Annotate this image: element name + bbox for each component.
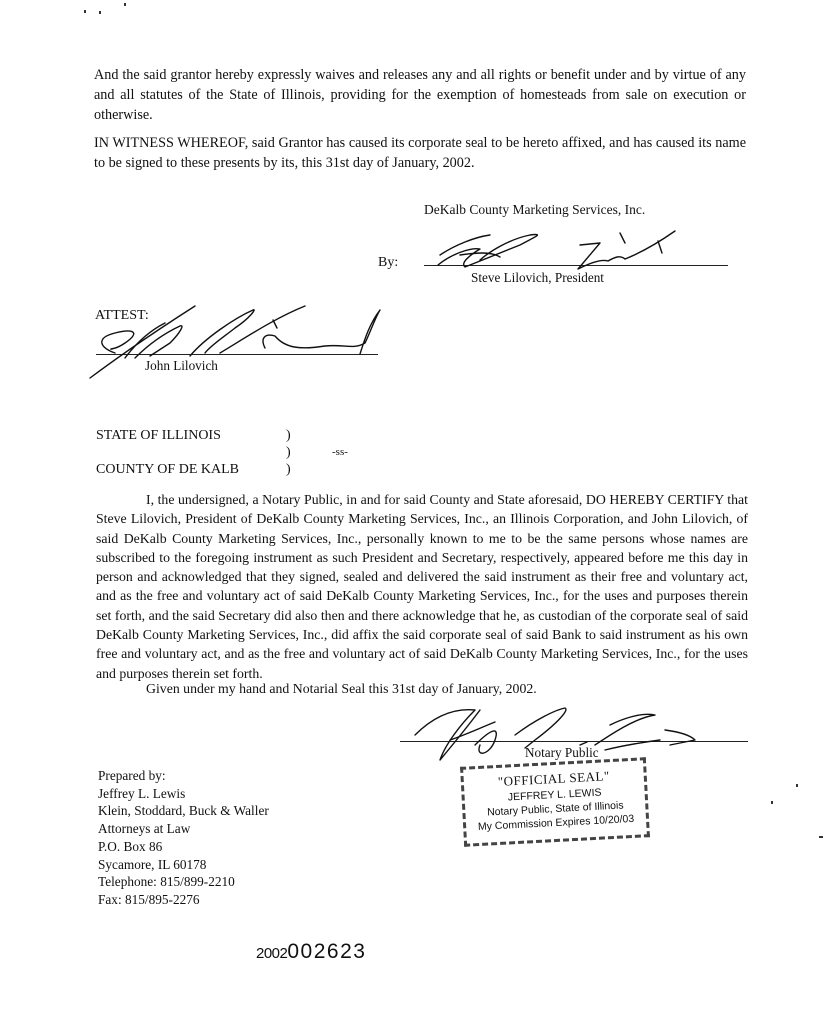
attest-name: John Lilovich bbox=[145, 358, 218, 374]
preparer-firm-type: Attorneys at Law bbox=[98, 820, 269, 838]
notary-public-label: Notary Public bbox=[525, 745, 599, 761]
scan-artifact bbox=[124, 3, 126, 6]
prepared-by-block: Prepared by: Jeffrey L. Lewis Klein, Sto… bbox=[98, 767, 269, 909]
preparer-name: Jeffrey L. Lewis bbox=[98, 785, 269, 803]
scan-artifact bbox=[796, 784, 798, 787]
preparer-firm: Klein, Stoddard, Buck & Waller bbox=[98, 802, 269, 820]
preparer-telephone: Telephone: 815/899-2210 bbox=[98, 873, 269, 891]
venue-county: COUNTY OF DE KALB bbox=[96, 462, 239, 478]
document-number-value: 002623 bbox=[287, 940, 366, 963]
witness-paragraph: IN WITNESS WHEREOF, said Grantor has cau… bbox=[94, 133, 746, 173]
signer-name-title: Steve Lilovich, President bbox=[471, 270, 604, 286]
venue-paren: ) bbox=[286, 428, 291, 444]
venue-state: STATE OF ILLINOIS bbox=[96, 428, 221, 444]
document-number-stamp: 2002002623 bbox=[256, 940, 366, 964]
document-number-year: 2002 bbox=[256, 945, 287, 962]
preparer-fax: Fax: 815/895-2276 bbox=[98, 891, 269, 909]
scan-artifact bbox=[99, 11, 101, 14]
scan-artifact bbox=[771, 801, 773, 804]
venue-paren: ) bbox=[286, 445, 291, 461]
notary-certificate-paragraph: I, the undersigned, a Notary Public, in … bbox=[96, 490, 748, 683]
company-name: DeKalb County Marketing Services, Inc. bbox=[424, 202, 645, 218]
official-notary-seal: "OFFICIAL SEAL" JEFFREY L. LEWIS Notary … bbox=[460, 757, 650, 847]
preparer-po-box: P.O. Box 86 bbox=[98, 838, 269, 856]
scan-artifact bbox=[84, 10, 86, 13]
given-under-seal: Given under my hand and Notarial Seal th… bbox=[146, 681, 537, 697]
preparer-city-zip: Sycamore, IL 60178 bbox=[98, 856, 269, 874]
scan-artifact bbox=[819, 836, 823, 838]
by-label: By: bbox=[378, 255, 398, 271]
prepared-by-label: Prepared by: bbox=[98, 767, 269, 785]
venue-ss: -ss- bbox=[332, 446, 348, 458]
attest-signature bbox=[85, 298, 385, 383]
venue-paren: ) bbox=[286, 462, 291, 478]
waiver-paragraph: And the said grantor hereby expressly wa… bbox=[94, 65, 746, 125]
